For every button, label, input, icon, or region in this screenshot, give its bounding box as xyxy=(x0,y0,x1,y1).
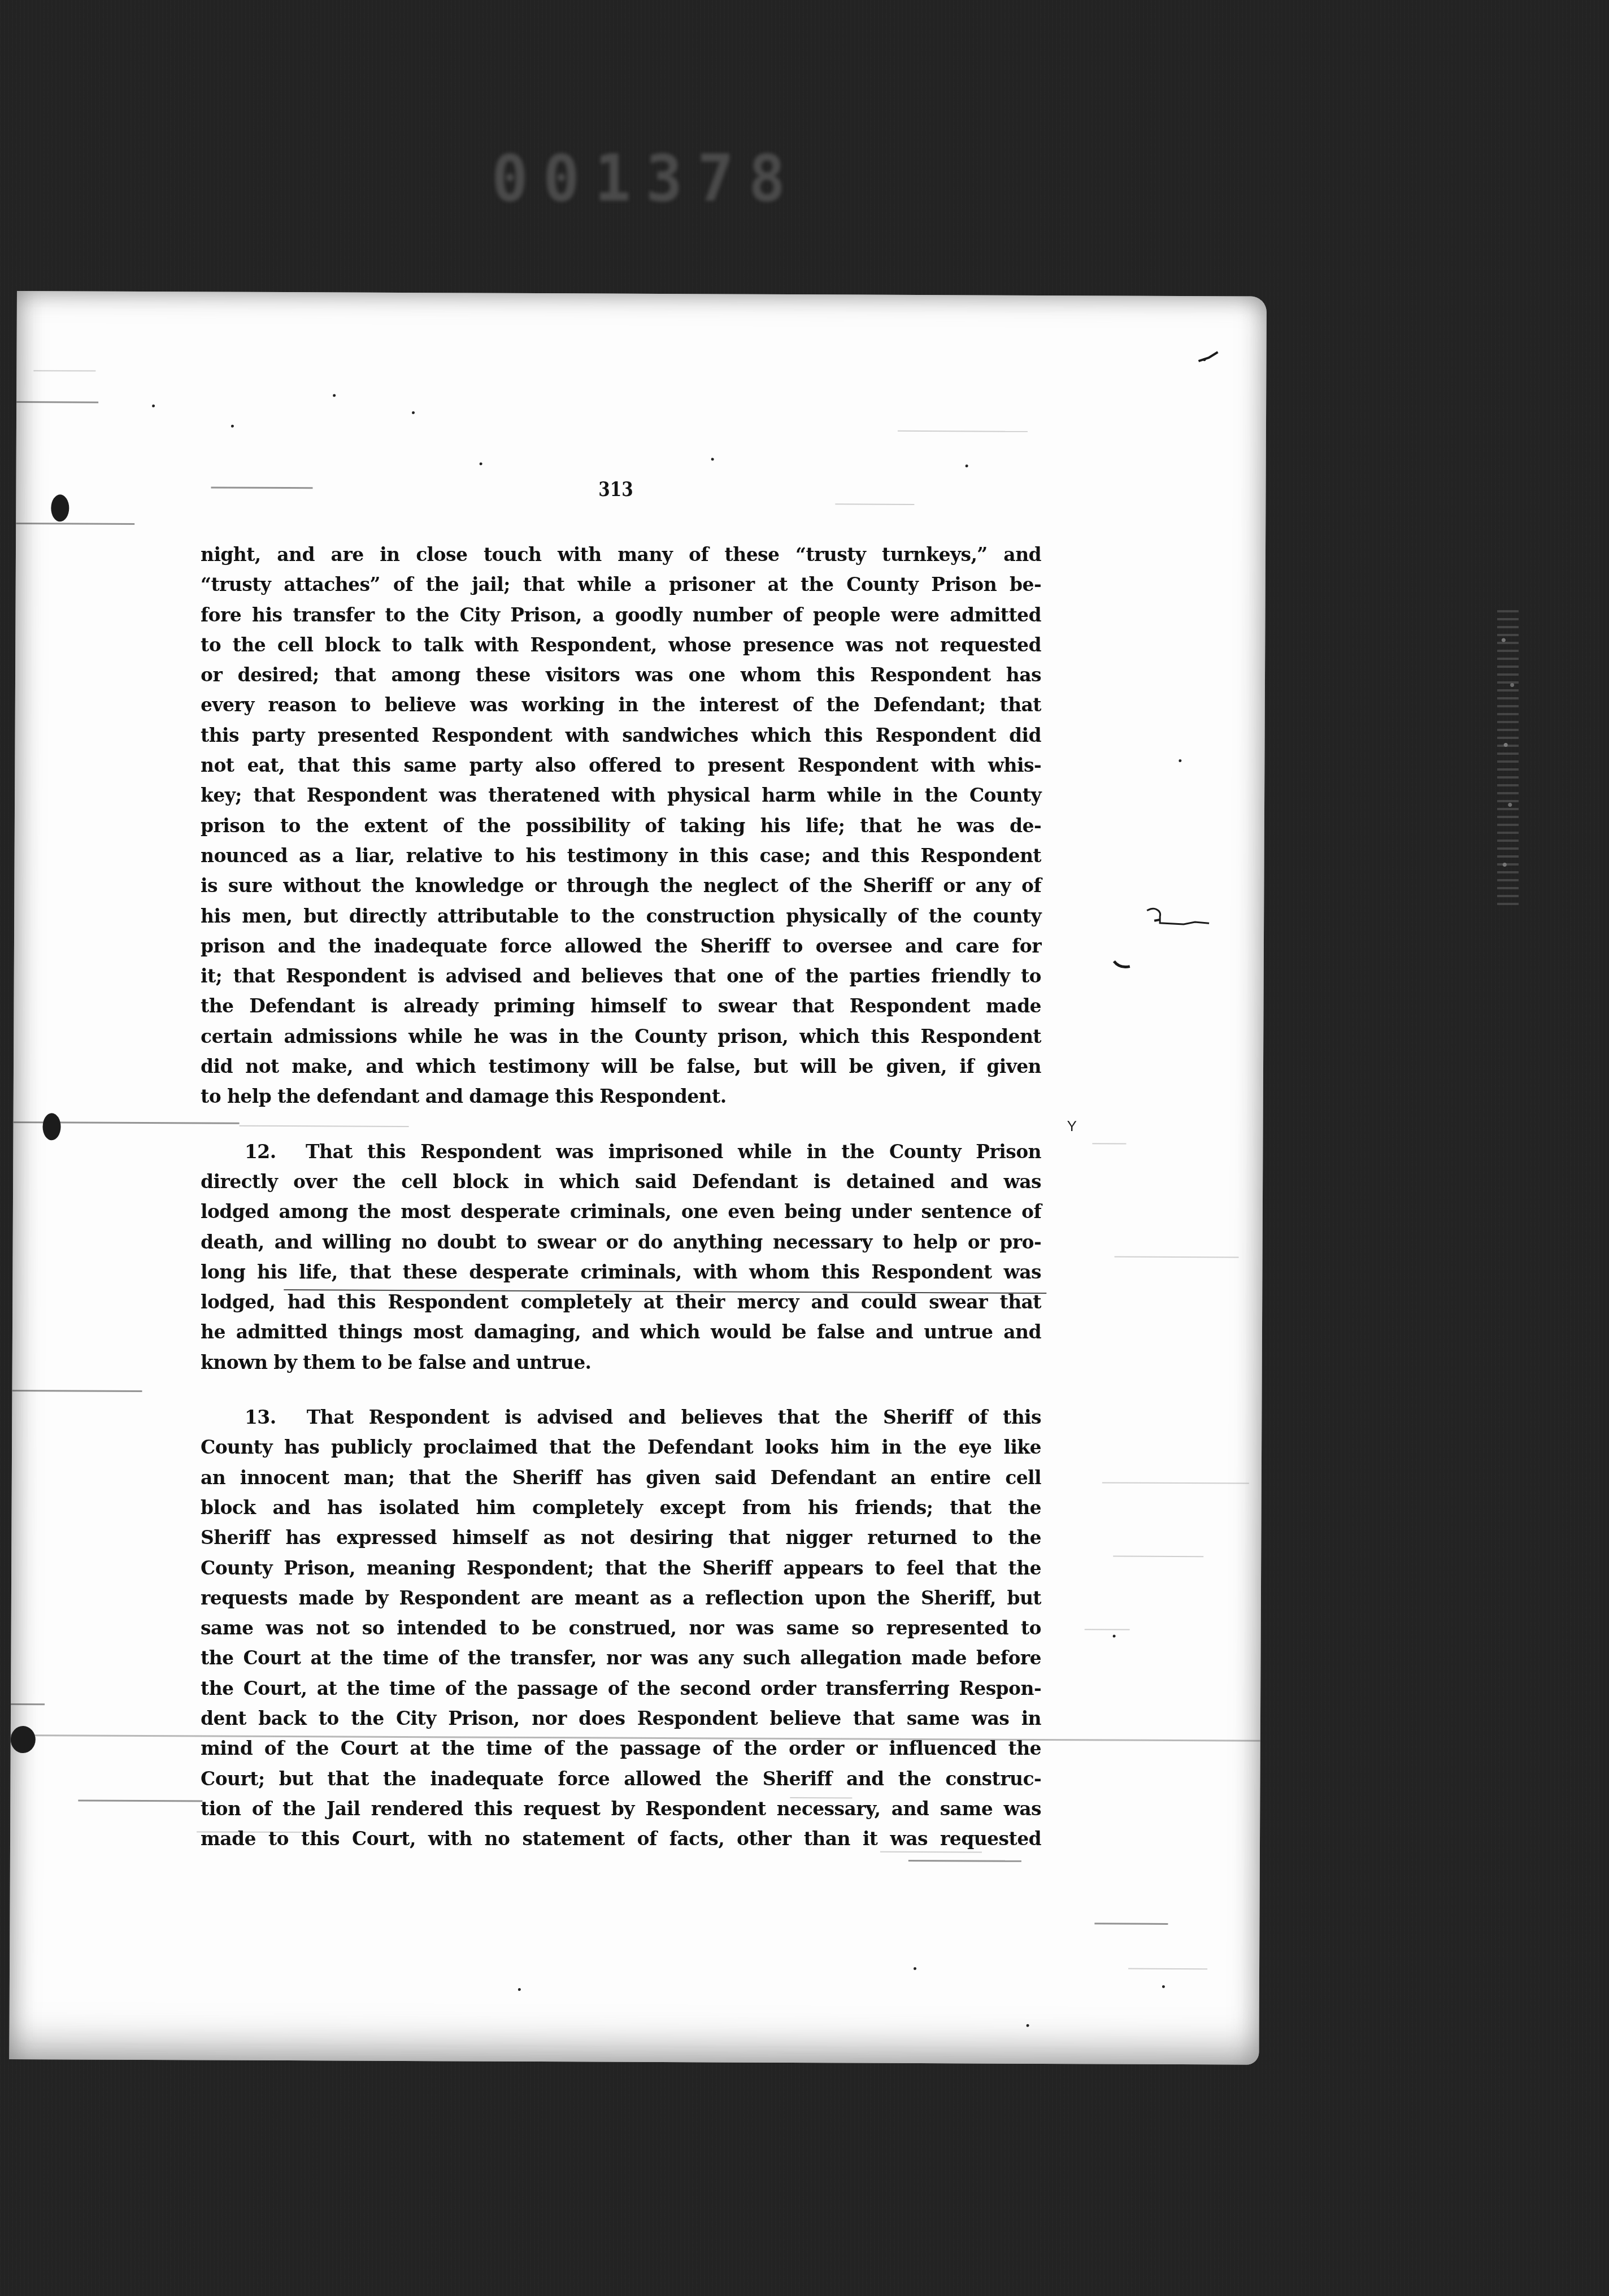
punch-hole xyxy=(51,494,69,521)
text-line: prison to the extent of the possibility … xyxy=(201,811,1041,841)
speck xyxy=(966,464,968,467)
scan-canvas: 001378 xyxy=(0,0,1609,2296)
handwritten-tick-mark xyxy=(1197,350,1220,364)
text-line: “trusty attaches” of the jail; that whil… xyxy=(201,569,1041,599)
text-line: is sure without the knowledge or through… xyxy=(201,871,1041,901)
text-line: directly over the cell block in which sa… xyxy=(201,1167,1041,1197)
text-line: or desired; that among these visitors wa… xyxy=(201,660,1041,690)
text-line: Court; but that the inadequate force all… xyxy=(201,1764,1041,1794)
scan-streak xyxy=(1113,1555,1203,1557)
speck xyxy=(412,411,415,414)
text-line: lodged, had this Respondent completely a… xyxy=(201,1287,1041,1317)
text-line: lodged among the most desperate criminal… xyxy=(201,1197,1041,1227)
page-number: 313 xyxy=(588,477,643,501)
text-line: known by them to be false and untrue. xyxy=(201,1347,1041,1377)
scan-streak xyxy=(12,1390,142,1392)
scan-streak xyxy=(835,503,914,505)
speck xyxy=(711,458,714,460)
scan-streak xyxy=(1115,1256,1239,1258)
paragraph-number: 12. xyxy=(245,1141,276,1163)
text-line: requests made by Respondent are meant as… xyxy=(201,1583,1041,1613)
adjacent-page-bleed xyxy=(1497,610,1519,910)
speck xyxy=(1027,2024,1029,2027)
text-line: he admitted things most damaging, and wh… xyxy=(201,1317,1041,1347)
text-line: death, and willing no doubt to swear or … xyxy=(201,1227,1041,1257)
archive-stamp-number: 001378 xyxy=(492,146,797,212)
text-line-first: 13. That Respondent is advised and belie… xyxy=(201,1402,1041,1432)
text-line: same was not so intended to be construed… xyxy=(201,1613,1041,1643)
text-line: the Defendant is already priming himself… xyxy=(201,991,1041,1021)
text-line: certain admissions while he was in the C… xyxy=(201,1021,1041,1051)
scan-streak xyxy=(211,487,312,489)
text-line: That this Respondent was imprisoned whil… xyxy=(306,1141,1041,1163)
text-line: made to this Court, with no statement of… xyxy=(201,1824,1041,1854)
paragraph-13: 13. That Respondent is advised and belie… xyxy=(201,1402,1041,1854)
text-line: his men, but directly attributable to th… xyxy=(201,901,1041,931)
scan-streak xyxy=(78,1799,202,1802)
handwritten-tick-mark xyxy=(1113,959,1133,971)
paragraph-12: 12. That this Respondent was imprisoned … xyxy=(201,1137,1041,1377)
scan-streak xyxy=(1085,1629,1130,1630)
text-line: it; that Respondent is advised and belie… xyxy=(201,961,1041,991)
text-line: That Respondent is advised and believes … xyxy=(307,1406,1041,1428)
text-line: key; that Respondent was theratened with… xyxy=(201,780,1041,810)
text-line: dent back to the City Prison, nor does R… xyxy=(201,1703,1041,1733)
document-body: night, and are in close touch with many … xyxy=(201,540,1041,1854)
scan-streak xyxy=(898,430,1028,432)
punch-hole xyxy=(11,1726,36,1753)
speck xyxy=(231,425,234,428)
scan-streak xyxy=(16,523,134,525)
paragraph-gap xyxy=(201,1112,1041,1137)
speck xyxy=(518,1988,521,1991)
scan-streak xyxy=(1092,1143,1126,1144)
scan-streak xyxy=(1094,1923,1168,1925)
text-line-first: 12. That this Respondent was imprisoned … xyxy=(201,1137,1041,1167)
speck xyxy=(152,405,155,407)
paragraph-gap xyxy=(201,1377,1041,1402)
text-line: County Prison, meaning Respondent; that … xyxy=(201,1553,1041,1583)
speck xyxy=(1179,759,1181,762)
scan-streak xyxy=(11,1703,45,1705)
text-line: to help the defendant and damage this Re… xyxy=(201,1081,1041,1111)
text-line: not eat, that this same party also offer… xyxy=(201,750,1041,780)
paragraph-continuation: night, and are in close touch with many … xyxy=(201,540,1041,1112)
punch-hole xyxy=(42,1113,60,1140)
scan-streak xyxy=(1102,1482,1249,1484)
text-line: night, and are in close touch with many … xyxy=(201,540,1041,569)
handwritten-scribble-mark xyxy=(1144,906,1217,935)
text-line: did not make, and which testimony will b… xyxy=(201,1051,1041,1081)
text-line: prison and the inadequate force allowed … xyxy=(201,931,1041,961)
speck xyxy=(1162,1985,1165,1988)
text-line: this party presented Respondent with san… xyxy=(201,720,1041,750)
text-line: the Court at the time of the transfer, n… xyxy=(201,1643,1041,1673)
text-line: tion of the Jail rendered this request b… xyxy=(201,1794,1041,1824)
text-line: an innocent man; that the Sheriff has gi… xyxy=(201,1463,1041,1493)
text-line: to the cell block to talk with Responden… xyxy=(201,630,1041,660)
text-line: fore his transfer to the City Prison, a … xyxy=(201,600,1041,630)
margin-annotation-y: Y xyxy=(1067,1117,1076,1135)
text-line: block and has isolated him completely ex… xyxy=(201,1493,1041,1523)
speck xyxy=(480,463,482,466)
text-line: mind of the Court at the time of the pas… xyxy=(201,1733,1041,1763)
paragraph-number: 13. xyxy=(245,1406,276,1428)
text-line: nounced as a liar, relative to his testi… xyxy=(201,841,1041,871)
speck xyxy=(1113,1634,1116,1637)
text-line: County has publicly proclaimed that the … xyxy=(201,1432,1041,1462)
speck xyxy=(333,394,336,397)
text-line: the Court, at the time of the passage of… xyxy=(201,1673,1041,1703)
scan-streak xyxy=(908,1860,1021,1862)
scan-streak xyxy=(1128,1968,1207,1970)
text-line: long his life, that these desperate crim… xyxy=(201,1257,1041,1287)
scan-streak xyxy=(16,401,98,403)
speck xyxy=(914,1967,916,1970)
text-line: Sheriff has expressed himself as not des… xyxy=(201,1523,1041,1553)
scan-streak xyxy=(33,370,95,371)
text-line: every reason to believe was working in t… xyxy=(201,690,1041,720)
